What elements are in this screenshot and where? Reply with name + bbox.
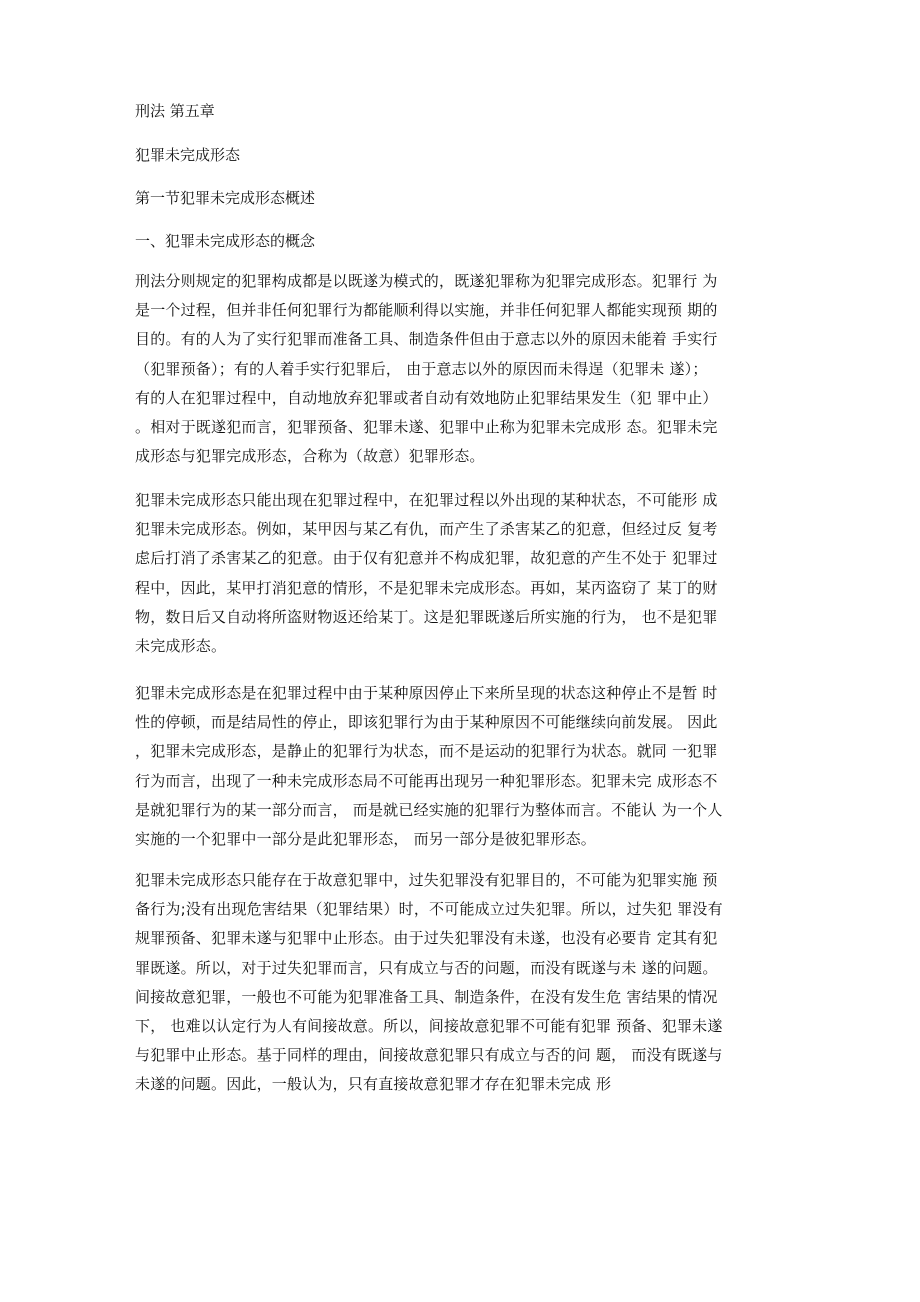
paragraph-line: 犯罪未完成形态只能出现在犯罪过程中，在犯罪过程以外出现的某种状态，不可能形 成 xyxy=(135,490,785,519)
paragraph-line: （犯罪预备）；有的人着手实行犯罪后， 由于意志以外的原因而未得逞（犯罪未 遂）； xyxy=(135,359,785,388)
paragraph-line: 未遂的问题。因此，一般认为，只有直接故意犯罪才存在犯罪未完成 形 xyxy=(135,1074,785,1103)
paragraph-line: 备行为;没有出现危害结果（犯罪结果）时，不可能成立过失犯罪。所以，过失犯 罪没有 xyxy=(135,899,785,928)
paragraph-line: 。相对于既遂犯而言，犯罪预备、犯罪未遂、犯罪中止称为犯罪未完成形 态。犯罪未完 xyxy=(135,417,785,446)
chapter-subtitle: 犯罪未完成形态 xyxy=(135,145,240,165)
section-title: 第一节犯罪未完成形态概述 xyxy=(135,188,315,208)
paragraph-line: 犯罪未完成形态只能存在于故意犯罪中，过失犯罪没有犯罪目的，不可能为犯罪实施 预 xyxy=(135,870,785,899)
paragraph-line: 是就犯罪行为的某一部分而言， 而是就已经实施的犯罪行为整体而言。不能认 为一个人 xyxy=(135,800,785,829)
paragraph-line: 程中，因此，某甲打消犯意的情形，不是犯罪未完成形态。再如，某丙盗窃了 某丁的财 xyxy=(135,578,785,607)
paragraph-line: 未完成形态。 xyxy=(135,636,785,665)
paragraph-4: 犯罪未完成形态只能存在于故意犯罪中，过失犯罪没有犯罪目的，不可能为犯罪实施 预 … xyxy=(135,870,785,1104)
paragraph-line: 是一个过程，但并非任何犯罪行为都能顺利得以实施，并非任何犯罪人都能实现预 期的 xyxy=(135,300,785,329)
paragraph-1: 刑法分则规定的犯罪构成都是以既遂为模式的，既遂犯罪称为犯罪完成形态。犯罪行 为 … xyxy=(135,271,785,475)
paragraph-line: 刑法分则规定的犯罪构成都是以既遂为模式的，既遂犯罪称为犯罪完成形态。犯罪行 为 xyxy=(135,271,785,300)
chapter-title: 刑法 第五章 xyxy=(135,101,215,121)
paragraph-line: 下， 也难以认定行为人有间接故意。所以，间接故意犯罪不可能有犯罪 预备、犯罪未遂 xyxy=(135,1016,785,1045)
paragraph-line: 与犯罪中止形态。基于同样的理由，间接故意犯罪只有成立与否的问 题， 而没有既遂与 xyxy=(135,1045,785,1074)
paragraph-line: 罪既遂。所以，对于过失犯罪而言，只有成立与否的问题，而没有既遂与未 遂的问题。 xyxy=(135,958,785,987)
paragraph-line: 犯罪未完成形态是在犯罪过程中由于某种原因停止下来所呈现的状态这种停止不是暂 时 xyxy=(135,683,785,712)
paragraph-line: 实施的一个犯罪中一部分是此犯罪形态， 而另一部分是彼犯罪形态。 xyxy=(135,829,785,858)
paragraph-line: 行为而言，出现了一种未完成形态局不可能再出现另一种犯罪形态。犯罪未完 成形态不 xyxy=(135,771,785,800)
paragraph-line: 成形态与犯罪完成形态，合称为（故意）犯罪形态。 xyxy=(135,446,785,475)
paragraph-2: 犯罪未完成形态只能出现在犯罪过程中，在犯罪过程以外出现的某种状态，不可能形 成 … xyxy=(135,490,785,665)
paragraph-line: 物，数日后又自动将所盗财物返还给某丁。这是犯罪既遂后所实施的行为， 也不是犯罪 xyxy=(135,607,785,636)
paragraph-line: 目的。有的人为了实行犯罪而准备工具、制造条件但由于意志以外的原因未能着 手实行 xyxy=(135,329,785,358)
paragraph-line: 虑后打消了杀害某乙的犯意。由于仅有犯意并不构成犯罪，故犯意的产生不处于 犯罪过 xyxy=(135,548,785,577)
subsection-title: 一、犯罪未完成形态的概念 xyxy=(135,231,315,251)
paragraph-line: ，犯罪未完成形态，是静止的犯罪行为状态，而不是运动的犯罪行为状态。就同 一犯罪 xyxy=(135,741,785,770)
paragraph-3: 犯罪未完成形态是在犯罪过程中由于某种原因停止下来所呈现的状态这种停止不是暂 时 … xyxy=(135,683,785,858)
paragraph-line: 犯罪未完成形态。例如，某甲因与某乙有仇，而产生了杀害某乙的犯意，但经过反 复考 xyxy=(135,519,785,548)
paragraph-line: 性的停顿，而是结局性的停止，即该犯罪行为由于某种原因不可能继续向前发展。 因此 xyxy=(135,712,785,741)
paragraph-line: 间接故意犯罪，一般也不可能为犯罪准备工具、制造条件，在没有发生危 害结果的情况 xyxy=(135,987,785,1016)
paragraph-line: 规罪预备、犯罪未遂与犯罪中止形态。由于过失犯罪没有未遂，也没有必要肯 定其有犯 xyxy=(135,928,785,957)
paragraph-line: 有的人在犯罪过程中，自动地放弃犯罪或者自动有效地防止犯罪结果发生（犯 罪中止） xyxy=(135,388,785,417)
